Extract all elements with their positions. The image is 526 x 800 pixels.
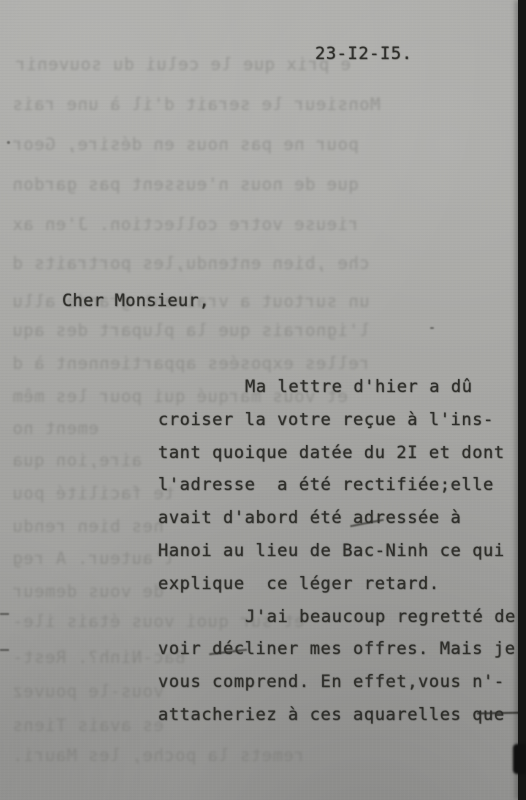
bleed-line: remets la poche, les Mauri. — [12, 746, 305, 766]
body-line: explique ce léger retard. — [158, 574, 526, 607]
bleed-line: que de nous n'eussent pas gardon — [12, 175, 359, 195]
paper-speck — [7, 141, 10, 144]
bleed-line: e prix que le celui du souvenir — [15, 55, 351, 75]
body-line: Hanoi au lieu de Bac-Ninh ce qui — [158, 541, 526, 574]
scanned-letter-page: e prix que le celui du souvenirMonsieur … — [0, 0, 526, 800]
bleed-line: es avais Tiens — [12, 716, 164, 736]
bleed-line: vous-le pouvez — [12, 682, 164, 702]
bleed-line: Monsieur le serait d'il à une rais — [12, 95, 380, 115]
body-line: croiser la votre reçue à l'ins- — [158, 410, 526, 443]
body-line: vous comprend. En effet,vous n'- — [158, 672, 526, 705]
bleed-line: l'ignorais que la plupart des aqu — [12, 321, 370, 341]
body-line: voir décliner mes offres. Mais je — [158, 639, 526, 672]
bleed-line: pour ne pas nous en désire, Geor — [12, 135, 359, 155]
scan-edge-strip — [518, 0, 526, 800]
bleed-line: aire,ion qua — [12, 451, 142, 471]
body-line: Ma lettre d'hier a dû — [158, 377, 526, 410]
bleed-line: nes bien rendu — [12, 517, 164, 537]
left-edge-mark — [0, 613, 9, 615]
left-edge-mark — [0, 649, 9, 651]
body-line: J'ai beaucoup regretté de — [158, 607, 526, 640]
body-line: avait d'abord été adressée à — [158, 508, 526, 541]
body-line: l'adresse a été rectifiée;elle — [158, 475, 526, 508]
body-line: attacheriez à ces aquarelles que — [158, 705, 526, 738]
letter-body: Ma lettre d'hier a dûcroiser la votre re… — [158, 377, 526, 738]
bleed-line: relles exposées appartiennent à d — [12, 354, 370, 374]
letter-date: 23-I2-I5. — [315, 44, 413, 64]
letter-salutation: Cher Monsieur, — [62, 291, 210, 311]
paper-speck — [430, 327, 434, 329]
scan-edge-blob — [513, 744, 526, 774]
bleed-line: de vous demeur — [12, 582, 164, 602]
bleed-line: ement no — [12, 419, 99, 439]
bleed-line: l'auteur. A reg — [12, 549, 175, 569]
bleed-line: che ,bien entendu,les portraits d — [12, 254, 370, 274]
bleed-line: te facilité pou — [12, 484, 175, 504]
body-line: tant quoique datée du 2I et dont — [158, 443, 526, 476]
bleed-line: rieuse votre collection. J'en ax — [12, 215, 359, 235]
